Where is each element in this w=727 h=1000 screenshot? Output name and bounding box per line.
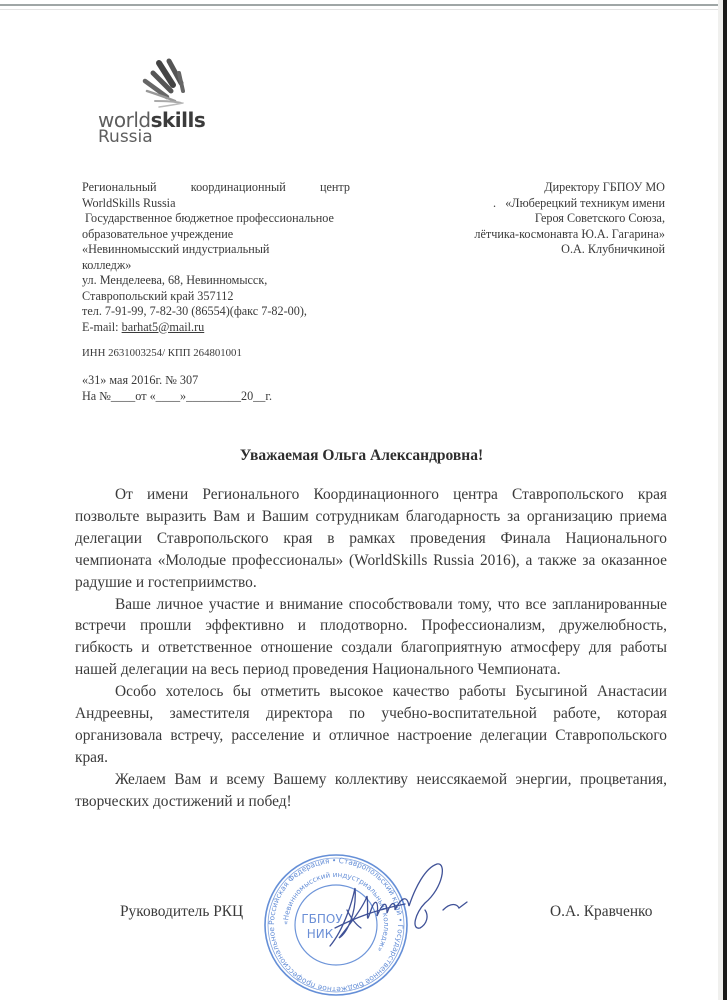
sender-word: центр bbox=[320, 180, 350, 196]
signatory-name: О.А. Кравченко bbox=[550, 903, 652, 921]
body-paragraph: Особо хотелось бы отметить высокое качес… bbox=[75, 681, 667, 769]
sender-word: Региональный bbox=[82, 180, 157, 196]
letter-page: worldskills Russia Региональный координа… bbox=[0, 0, 723, 1000]
sender-block: Региональный координационный центр World… bbox=[82, 180, 350, 335]
email-label: E-mail: bbox=[82, 320, 122, 334]
sender-line-2: WorldSkills Russia bbox=[82, 196, 350, 212]
sender-region: Ставропольский край 357112 bbox=[82, 289, 350, 305]
recipient-line: Героя Советского Союза, bbox=[420, 211, 665, 227]
body-paragraph: Желаем Вам и всему Вашему коллективу неи… bbox=[75, 769, 667, 813]
date-ref-block: «31» мая 2016г. № 307 На №____от «____»_… bbox=[82, 373, 272, 404]
recipient-block: Директору ГБПОУ МО . «Люберецкий технику… bbox=[420, 180, 665, 258]
recipient-line: . «Люберецкий техникум имени bbox=[420, 196, 665, 212]
sender-line-1: Региональный координационный центр bbox=[82, 180, 350, 196]
sender-phone: тел. 7-91-99, 7-82-30 (86554)(факс 7-82-… bbox=[82, 304, 350, 320]
scan-edge-right bbox=[723, 0, 727, 1000]
handwritten-signature-icon bbox=[325, 858, 475, 958]
recipient-name: О.А. Клубничкиной bbox=[420, 242, 665, 258]
sender-word: координационный bbox=[191, 180, 286, 196]
sender-line-5: «Невинномысский индустриальный bbox=[82, 242, 350, 258]
recipient-line: Директору ГБПОУ МО bbox=[420, 180, 665, 196]
logo-word-skills: skills bbox=[151, 108, 206, 132]
body-paragraph: От имени Регионального Координационного … bbox=[75, 484, 667, 594]
sender-address: ул. Менделеева, 68, Невинномысск, bbox=[82, 273, 350, 289]
sender-email-line: E-mail: barhat5@mail.ru bbox=[82, 320, 350, 336]
logo-word-russia: Russia bbox=[98, 127, 153, 147]
letter-date-number: «31» мая 2016г. № 307 bbox=[82, 373, 272, 389]
sender-line-4: образовательное учреждение bbox=[82, 227, 350, 243]
greeting-heading: Уважаемая Ольга Александровна! bbox=[0, 447, 723, 465]
inn-kpp: ИНН 2631003254/ КПП 264801001 bbox=[82, 347, 242, 359]
signatory-title: Руководитель РКЦ bbox=[120, 903, 243, 921]
reference-line: На №____от «____»_________20__г. bbox=[82, 389, 272, 405]
letter-body: От имени Регионального Координационного … bbox=[120, 484, 667, 813]
sender-line-6: колледж» bbox=[82, 258, 350, 274]
email-link[interactable]: barhat5@mail.ru bbox=[122, 320, 205, 334]
sender-line-3: Государственное бюджетное профессиональн… bbox=[82, 211, 350, 227]
body-paragraph: Ваше личное участие и внимание способств… bbox=[75, 594, 667, 682]
recipient-line: лётчика-космонавта Ю.А. Гагарина» bbox=[420, 227, 665, 243]
